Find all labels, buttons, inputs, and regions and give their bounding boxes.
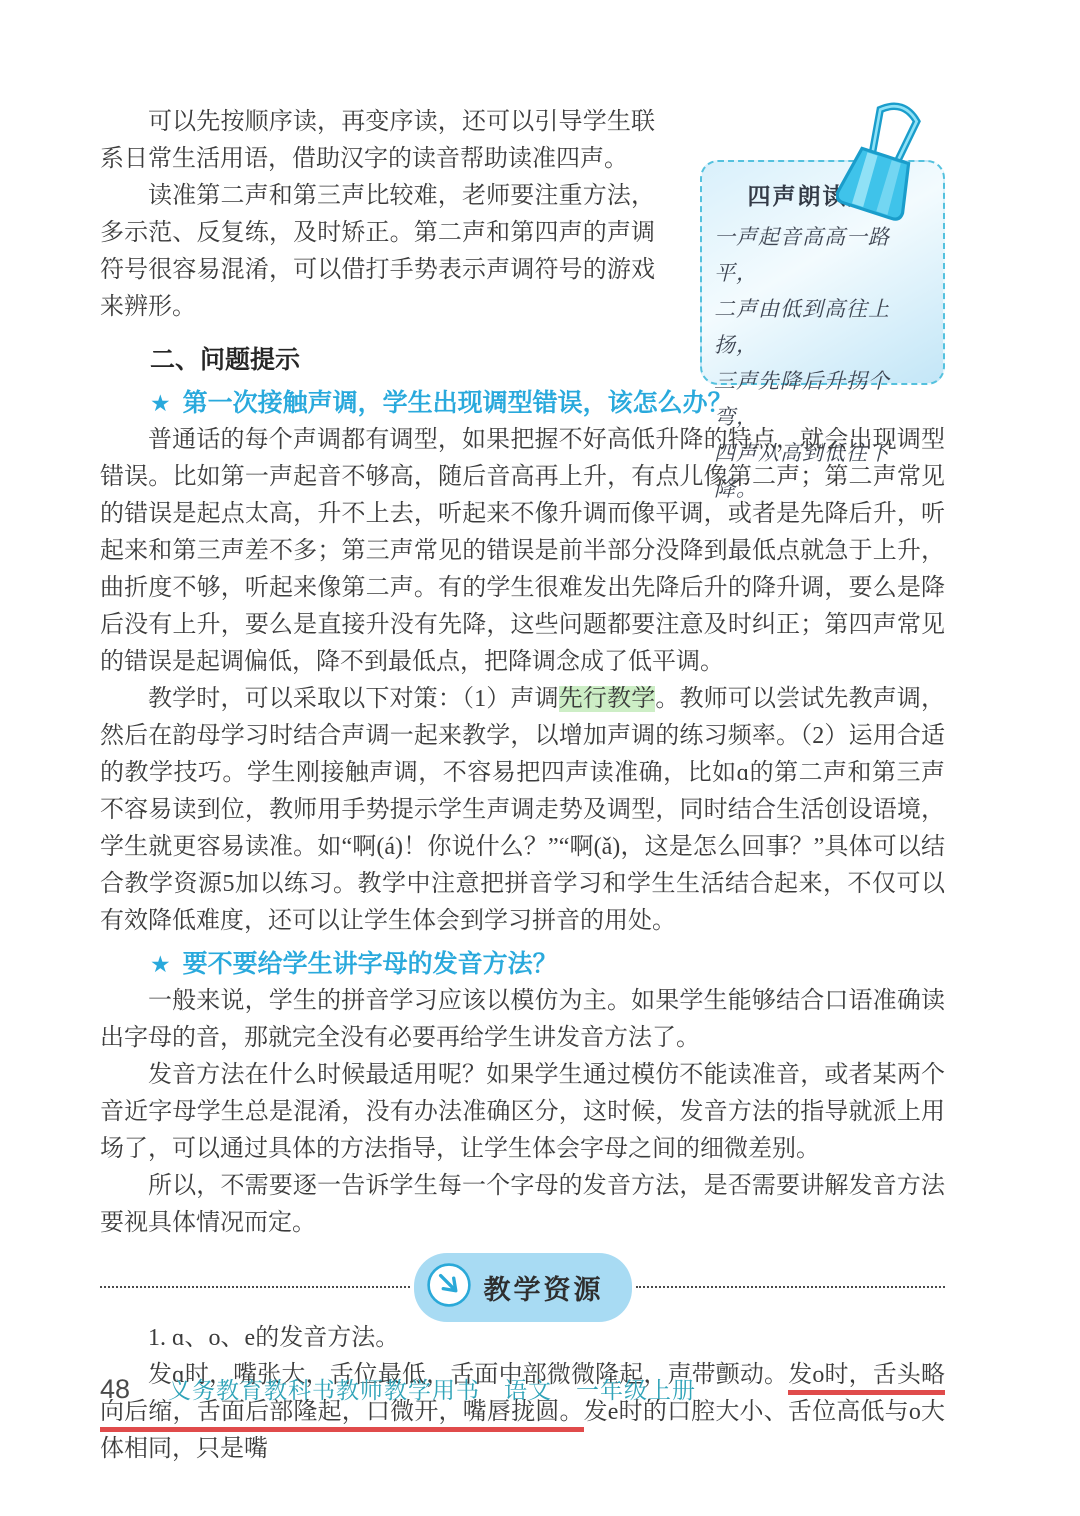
question-heading-text: 要不要给学生讲字母的发音方法？ xyxy=(183,950,558,978)
footer-book-title: 义务教育教科书教师教学用书 语文 一年级上册 xyxy=(168,1372,696,1405)
tip-box-line: 二声由低到高往上扬， xyxy=(714,291,931,363)
paragraph: 所以，不需要逐一告诉学生每一个字母的发音方法，是否需要讲解发音方法要视具体情况而… xyxy=(100,1168,945,1242)
resources-divider: 教学资源 xyxy=(100,1254,945,1320)
star-icon: ★ xyxy=(150,390,171,416)
paragraph-text: 教学时，可以采取以下对策：（1）声调 xyxy=(148,686,559,712)
question-heading-text: 第一次接触声调，学生出现调型错误，该怎么办？ xyxy=(183,389,733,417)
dotted-line xyxy=(100,1286,410,1288)
green-highlight-annotation: 先行教学 xyxy=(559,686,656,712)
paragraph: 教学时，可以采取以下对策：（1）声调先行教学。教师可以尝试先教声调，然后在韵母学… xyxy=(100,681,945,940)
page-content: 四声朗读方法 一声起音高高一路平， 二声由低到高往上扬， 三声先降后升拐个弯， … xyxy=(100,0,945,1468)
page-footer: 48 义务教育教科书教师教学用书 语文 一年级上册 xyxy=(100,1372,696,1405)
paragraph: 一般来说，学生的拼音学习应该以模仿为主。如果学生能够结合口语准确读出字母的音，那… xyxy=(100,983,945,1057)
star-icon: ★ xyxy=(150,951,171,977)
arrow-down-right-icon xyxy=(426,1262,472,1313)
paragraph-text: 。教师可以尝试先教声调，然后在韵母学习时结合声调一起来教学，以增加声调的练习频率… xyxy=(100,686,945,934)
book-page: 四声朗读方法 一声起音高高一路平， 二声由低到高往上扬， 三声先降后升拐个弯， … xyxy=(0,0,1080,1516)
list-item-heading: 1. ɑ、o、e的发音方法。 xyxy=(100,1320,945,1357)
resources-badge-label: 教学资源 xyxy=(484,1268,604,1307)
dotted-line xyxy=(636,1286,946,1288)
question-heading: ★要不要给学生讲字母的发音方法？ xyxy=(100,946,945,983)
paragraph: 发音方法在什么时候最适用呢？如果学生通过模仿不能读准音，或者某两个音近字母学生总… xyxy=(100,1057,945,1168)
binder-clip-icon xyxy=(836,94,932,231)
page-number: 48 xyxy=(100,1374,130,1405)
paragraph: 普通话的每个声调都有调型，如果把握不好高低升降的特点，就会出现调型错误。比如第一… xyxy=(100,422,945,681)
resources-badge: 教学资源 xyxy=(414,1253,632,1322)
